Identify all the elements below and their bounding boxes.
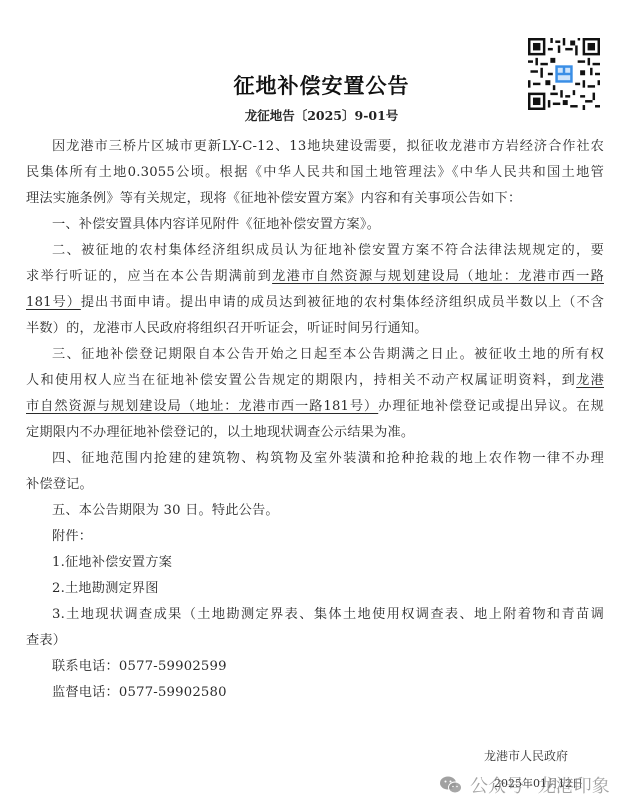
body-line: 2.土地勘测定界图 <box>52 576 604 602</box>
body-line: 求举行听证的，应当在本公告期满前到龙港市自然资源与规划建设局（地址：龙港市西一路 <box>26 264 604 290</box>
body-line: 五、本公告期限为 30 日。特此公告。 <box>52 498 604 524</box>
body-line: 民集体所有土地0.3055公顷。根据《中华人民共和国土地管理法》《中华人民共和国… <box>26 160 604 186</box>
underlined-address: 龙港市自然资源与规划建设局（地址：龙港市西一路 <box>272 269 604 284</box>
line-text: 求举行听证的，应当在本公告期满前到 <box>26 269 272 284</box>
watermark-label: 公众号 <box>470 772 524 798</box>
body-line: 181号）提出书面申请。提出申请的成员达到被征地的农村集体经济组织成员半数以上（… <box>26 290 604 316</box>
body-line: 理法实施条例》等有关规定，现将《征地补偿安置方案》内容和有关事项公告如下： <box>26 186 604 212</box>
line-text: 人和使用权人应当在征地补偿安置公告规定的期限内，持相关不动产权属证明资料，到 <box>26 373 576 388</box>
body-line: 补偿登记。 <box>26 472 604 498</box>
body-line: 一、补偿安置具体内容详见附件《征地补偿安置方案》。 <box>52 212 604 238</box>
body-line: 定期限内不办理征地补偿登记的，以土地现状调查公示结果为准。 <box>26 420 604 446</box>
document-number: 龙征地告〔2025〕9-01号 <box>0 106 643 124</box>
body-line: 二、被征地的农村集体经济组织成员认为征地补偿安置方案不符合法律法规规定的，要 <box>52 238 604 264</box>
body-line: 1.征地补偿安置方案 <box>52 550 604 576</box>
underlined-address: 龙港 <box>576 373 604 388</box>
watermark-account: 龙港印象 <box>538 772 610 798</box>
line-text: 提出书面申请。提出申请的成员达到被征地的农村集体经济组织成员半数以上（不含 <box>81 295 604 310</box>
line-text: 办理征地补偿登记或提出异议。在规 <box>378 399 604 414</box>
body-line: 监督电话：0577-59902580 <box>52 680 604 706</box>
body-line: 半数）的，龙港市人民政府将组织召开听证会，听证时间另行通知。 <box>26 316 604 342</box>
body-line: 四、征地范围内抢建的建筑物、构筑物及室外装潢和抢种抢栽的地上农作物一律不办理 <box>52 446 604 472</box>
body-line: 三、征地补偿登记期限自本公告开始之日起至本公告期满之日止。被征收土地的所有权 <box>52 342 604 368</box>
underlined-address: 市自然资源与规划建设局（地址：龙港市西一路181号） <box>26 399 378 414</box>
body-line: 附件： <box>52 524 604 550</box>
body-line: 3.土地现状调查成果（土地勘测定界表、集体土地使用权调查表、地上附着物和青苗调 <box>52 602 604 628</box>
body-line: 因龙港市三桥片区城市更新LY-C-12、13地块建设需要，拟征收龙港市方岩经济合… <box>52 134 604 160</box>
body-line: 联系电话：0577-59902599 <box>52 654 604 680</box>
body-line: 查表） <box>26 628 604 654</box>
underlined-address: 181号） <box>26 295 81 310</box>
wechat-icon <box>440 776 462 794</box>
document-title: 征地补偿安置公告 <box>0 70 643 100</box>
watermark: 公众号 · 龙港印象 <box>440 770 610 800</box>
signature-issuer: 龙港市人民政府 <box>484 747 568 764</box>
body-line: 人和使用权人应当在征地补偿安置公告规定的期限内，持相关不动产权属证明资料，到龙港 <box>26 368 604 394</box>
watermark-separator: · <box>528 775 534 796</box>
body-line: 市自然资源与规划建设局（地址：龙港市西一路181号）办理征地补偿登记或提出异议。… <box>26 394 604 420</box>
